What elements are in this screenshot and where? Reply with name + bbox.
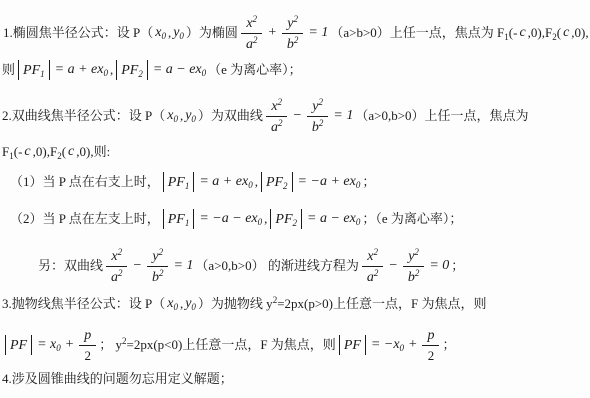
text-run: 2.双曲线焦半径公式：设 P（: [2, 108, 165, 124]
text-run: (-: [14, 144, 23, 160]
fraction-denominator: b2: [307, 117, 329, 136]
ellipse-focal-radius-result: 则PF1= a + ex0,PF2= a − ex0（e 为离心率）；: [2, 60, 302, 80]
text-run: ,0),F2: [528, 25, 557, 41]
math-run: −: [292, 107, 301, 125]
math-run: b2: [408, 270, 420, 285]
subscript: 0: [173, 114, 178, 124]
parabola-focal-radius-intro: 3.抛物线焦半径公式：设 P（x0,y0）为抛物线 y2=2px(p>0)上任意…: [2, 295, 487, 313]
fraction: y2b2: [282, 14, 304, 52]
text-run: ,: [180, 108, 183, 124]
math-run: c: [24, 143, 30, 161]
subscript: 0: [191, 114, 196, 124]
text-run: =2px(p>0)上任意一点，F 为焦点，则: [277, 296, 486, 312]
math-run: x0: [155, 24, 166, 42]
text-run: ,: [264, 211, 267, 227]
math-run: PF1: [168, 175, 190, 190]
math-run: −: [388, 257, 397, 275]
text-run: （e 为离心率）；: [208, 62, 302, 78]
text-run: ）为双曲线: [198, 108, 263, 124]
subscript: 0: [56, 343, 61, 353]
math-run: = −x0: [371, 336, 404, 354]
text-run: （a>0,b>0）上任一点，焦点为: [355, 108, 528, 124]
math-run: PF1: [23, 63, 45, 78]
math-run: c: [563, 24, 569, 42]
text-run: （a>0,b>0） 的渐进线方程为: [195, 258, 358, 274]
math-run: = 1: [173, 257, 193, 275]
text-run: ；: [442, 337, 455, 353]
math-run: = 1: [308, 24, 328, 42]
subscript: 0: [103, 68, 108, 78]
math-run: PF: [10, 338, 27, 353]
superscript: 2: [373, 247, 378, 257]
fraction-numerator: x2: [362, 247, 383, 267]
math-run: y2: [287, 16, 298, 31]
superscript: 2: [118, 247, 123, 257]
superscript: 2: [294, 35, 299, 45]
fraction: y2b2: [403, 247, 425, 285]
superscript: 2: [319, 97, 324, 107]
subscript: 2: [283, 181, 288, 191]
text-run: 3.抛物线焦半径公式：设 P（: [2, 296, 165, 312]
math-run: x2: [111, 249, 122, 264]
superscript: 2: [159, 247, 164, 257]
superscript: 2: [253, 35, 258, 45]
subscript: 2: [293, 218, 298, 228]
ellipse-focal-radius-intro: 1.椭圆焦半径公式：设 P（x0,y0）为椭圆x2a2+y2b2= 1（a>b>…: [3, 14, 589, 52]
math-run: = −a − ex0: [199, 210, 262, 228]
text-run: 2: [84, 348, 91, 363]
subscript: 2: [138, 69, 143, 79]
fraction-numerator: x2: [266, 97, 287, 117]
text-run: ）为椭圆: [186, 25, 238, 41]
hyperbola-asymptote-note: 另：双曲线x2a2−y2b2= 1（a>0,b>0） 的渐进线方程为x2a2−y…: [38, 247, 464, 285]
fraction-numerator: x2: [106, 247, 127, 267]
absolute-value: PF: [5, 335, 32, 355]
subscript: 1: [40, 69, 45, 79]
math-run: = a − ex0: [153, 61, 206, 79]
subscript: 0: [258, 217, 263, 227]
absolute-value: PF1: [18, 60, 50, 80]
absolute-value: PF1: [163, 209, 195, 229]
subscript: 0: [356, 217, 361, 227]
text-run: 4.涉及圆锥曲线的问题勿忘用定义解题；: [2, 371, 233, 387]
text-run: 则: [2, 62, 15, 78]
subscript: 0: [356, 180, 361, 190]
text-run: (: [557, 25, 561, 41]
superscript: 2: [374, 268, 379, 278]
math-run: y0: [185, 295, 196, 313]
fraction-denominator: b2: [403, 267, 425, 286]
math-notes-document: 1.椭圆焦半径公式：设 P（x0,y0）为椭圆x2a2+y2b2= 1（a>b>…: [0, 0, 590, 398]
text-run: （2）当 P 点在左支上时，: [10, 211, 160, 227]
fraction: x2a2: [106, 247, 128, 285]
superscript: 2: [415, 268, 420, 278]
math-run: = a + ex0: [55, 61, 108, 79]
math-run: p: [427, 328, 434, 343]
math-run: y2: [312, 99, 323, 114]
text-run: （1）当 P 点在右支上时，: [10, 174, 160, 190]
math-run: −: [133, 257, 142, 275]
math-run: x2: [246, 16, 257, 31]
text-run: ；（e 为离心率）；: [362, 211, 462, 227]
superscript: 2: [278, 118, 283, 128]
math-run: PF1: [168, 212, 190, 227]
text-run: （a>b>0）上任一点，焦点为 F1: [330, 25, 508, 41]
math-run: = a + ex0: [199, 173, 252, 191]
math-run: x0: [167, 107, 178, 125]
subscript: 0: [173, 302, 178, 312]
math-run: b2: [152, 270, 164, 285]
fraction: p2: [422, 326, 439, 364]
superscript: 2: [278, 97, 283, 107]
text-run: 2: [428, 348, 435, 363]
fraction: x2a2: [266, 97, 288, 135]
text-run: F1: [2, 144, 14, 160]
math-run: = 1: [333, 107, 353, 125]
subscript: 1: [185, 218, 190, 228]
fraction-denominator: 2: [425, 346, 438, 365]
subscript: 1: [185, 181, 190, 191]
math-run: y2: [408, 249, 419, 264]
fraction-numerator: y2: [307, 97, 328, 117]
math-run: x0: [167, 295, 178, 313]
fraction: x2a2: [241, 14, 263, 52]
math-run: PF: [344, 338, 361, 353]
math-run: = −a + ex0: [298, 173, 361, 191]
math-run: +: [65, 336, 74, 354]
text-run: ,0),F2: [33, 144, 62, 160]
text-run: (: [62, 144, 66, 160]
fraction: p2: [79, 326, 96, 364]
math-run: PF2: [266, 175, 288, 190]
text-run: ）为抛物线 y2: [198, 296, 277, 312]
fraction-denominator: b2: [147, 267, 169, 286]
hyperbola-left-branch: （2）当 P 点在左支上时，PF1= −a − ex0,PF2= a − ex0…: [10, 209, 462, 229]
math-run: a2: [246, 37, 258, 52]
math-run: b2: [312, 120, 324, 135]
math-run: PF2: [275, 212, 297, 227]
text-run: ；: [451, 258, 464, 274]
fraction-numerator: x2: [241, 14, 262, 34]
fraction-numerator: y2: [282, 14, 303, 34]
math-run: a2: [111, 270, 123, 285]
math-run: = x0: [37, 336, 61, 354]
absolute-value: PF1: [163, 172, 195, 192]
text-run: 1.椭圆焦半径公式：设 P（: [3, 25, 153, 41]
math-run: b2: [287, 37, 299, 52]
subscript: 0: [191, 302, 196, 312]
math-run: = a − ex0: [307, 210, 360, 228]
fraction: y2b2: [147, 247, 169, 285]
fraction-denominator: a2: [241, 34, 263, 53]
text-run: ,0),: [571, 25, 588, 41]
text-run: ,: [255, 174, 258, 190]
math-run: +: [267, 24, 276, 42]
text-run: (-: [509, 25, 518, 41]
superscript: 2: [253, 14, 258, 24]
fraction-denominator: a2: [362, 267, 384, 286]
math-run: x2: [367, 249, 378, 264]
math-run: a2: [367, 270, 379, 285]
fraction-numerator: p: [79, 326, 96, 346]
math-run: = 0: [429, 257, 449, 275]
text-run: ； y2: [99, 337, 126, 353]
fraction-numerator: y2: [147, 247, 168, 267]
math-run: p: [84, 328, 91, 343]
text-run: =2px(p<0)上任意一点，F 为焦点，则: [127, 337, 336, 353]
text-run: 另：双曲线: [38, 258, 103, 274]
fraction: y2b2: [307, 97, 329, 135]
math-run: x2: [271, 99, 282, 114]
fraction-numerator: p: [422, 326, 439, 346]
fraction-denominator: b2: [282, 34, 304, 53]
subscript: 0: [179, 31, 184, 41]
fraction-denominator: a2: [266, 117, 288, 136]
text-run: ,: [180, 296, 183, 312]
superscript: 2: [414, 247, 419, 257]
absolute-value: PF: [339, 335, 366, 355]
subscript: 0: [202, 68, 207, 78]
subscript: 0: [400, 343, 405, 353]
hyperbola-right-branch: （1）当 P 点在右支上时，PF1= a + ex0,PF2= −a + ex0…: [10, 172, 375, 192]
text-run: ,: [110, 62, 113, 78]
absolute-value: PF2: [270, 209, 302, 229]
parabola-focal-radius-result: PF= x0+p2； y2=2px(p<0)上任意一点，F 为焦点，则PF= −…: [2, 326, 456, 364]
hyperbola-foci: F1(-c,0),F2(c,0),则:: [2, 143, 110, 161]
math-run: y0: [185, 107, 196, 125]
fraction-denominator: 2: [81, 346, 94, 365]
superscript: 2: [294, 14, 299, 24]
math-run: y2: [152, 249, 163, 264]
absolute-value: PF2: [261, 172, 293, 192]
math-run: +: [408, 336, 417, 354]
subscript: 0: [248, 180, 253, 190]
absolute-value: PF2: [116, 60, 148, 80]
subscript: 0: [161, 31, 166, 41]
math-run: c: [519, 24, 525, 42]
math-run: a2: [271, 120, 283, 135]
math-run: PF2: [121, 63, 143, 78]
text-run: ；: [362, 174, 375, 190]
math-run: y0: [173, 24, 184, 42]
hyperbola-focal-radius-intro: 2.双曲线焦半径公式：设 P（x0,y0）为双曲线x2a2−y2b2= 1（a>…: [2, 97, 529, 135]
fraction: x2a2: [362, 247, 384, 285]
fraction-denominator: a2: [106, 267, 128, 286]
superscript: 2: [319, 118, 324, 128]
conic-definition-reminder: 4.涉及圆锥曲线的问题勿忘用定义解题；: [2, 371, 233, 387]
superscript: 2: [159, 268, 164, 278]
text-run: ,0),则:: [76, 144, 110, 160]
text-run: ,: [168, 25, 171, 41]
fraction-numerator: y2: [403, 247, 424, 267]
math-run: c: [68, 143, 74, 161]
superscript: 2: [118, 268, 123, 278]
